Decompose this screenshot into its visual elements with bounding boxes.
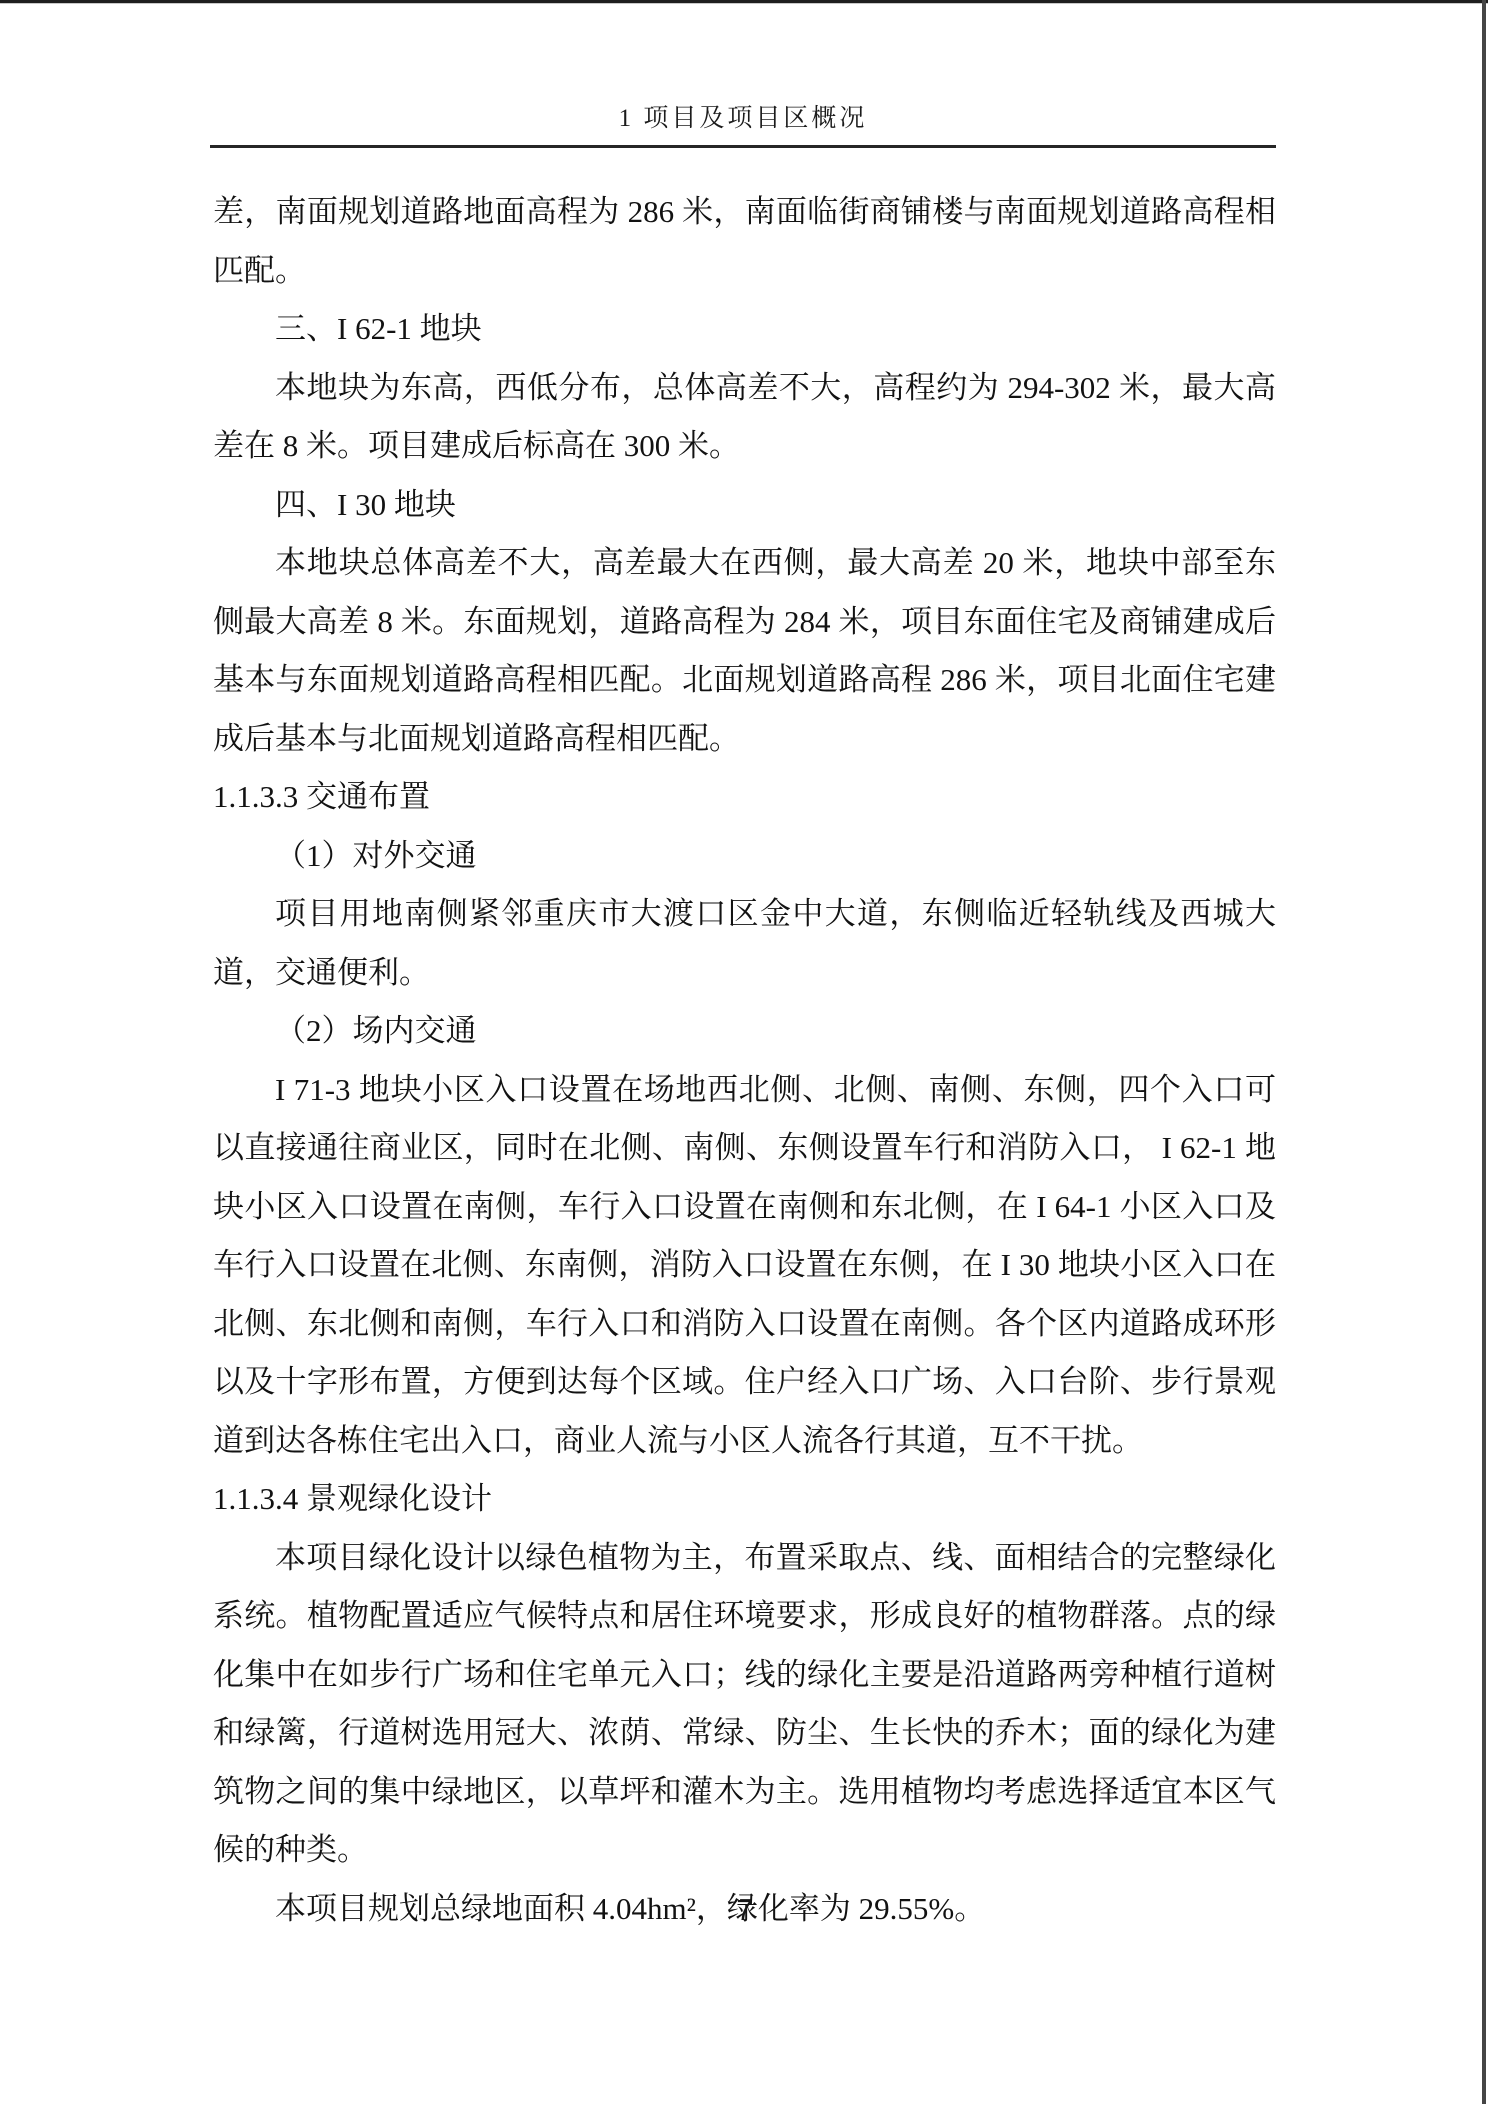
paragraph: （2）场内交通 — [213, 1002, 1276, 1061]
scan-edge-top — [0, 0, 1488, 4]
paragraph: 本地块为东高，西低分布，总体高差不大，高程约为 294-302 米，最大高差在 … — [213, 359, 1276, 476]
body-paragraphs: 差，南面规划道路地面高程为 286 米，南面临街商铺楼与南面规划道路高程相匹配。… — [213, 183, 1276, 1938]
paragraph: I 71-3 地块小区入口设置在场地西北侧、北侧、南侧、东侧，四个入口可以直接通… — [213, 1061, 1276, 1471]
paragraph: 本项目绿化设计以绿色植物为主，布置采取点、线、面相结合的完整绿化系统。植物配置适… — [213, 1529, 1276, 1880]
page-header: 1 项目及项目区概况 — [210, 98, 1276, 148]
document-page: 1 项目及项目区概况 差，南面规划道路地面高程为 286 米，南面临街商铺楼与南… — [0, 0, 1488, 2104]
paragraph: （1）对外交通 — [213, 827, 1276, 886]
section-heading: 1.1.3.4 景观绿化设计 — [213, 1470, 1276, 1529]
paragraph: 差，南面规划道路地面高程为 286 米，南面临街商铺楼与南面规划道路高程相匹配。 — [213, 183, 1276, 300]
paragraph: 三、I 62-1 地块 — [213, 300, 1276, 359]
scan-edge-right — [1482, 0, 1486, 2104]
paragraph: 四、I 30 地块 — [213, 476, 1276, 535]
paragraph: 项目用地南侧紧邻重庆市大渡口区金中大道，东侧临近轻轨线及西城大道，交通便利。 — [213, 885, 1276, 1002]
paragraph: 本地块总体高差不大，高差最大在西侧，最大高差 20 米，地块中部至东侧最大高差 … — [213, 534, 1276, 768]
section-heading: 1.1.3.3 交通布置 — [213, 768, 1276, 827]
page-number: 7 — [213, 1895, 1276, 1928]
header-title: 1 项目及项目区概况 — [619, 105, 868, 132]
